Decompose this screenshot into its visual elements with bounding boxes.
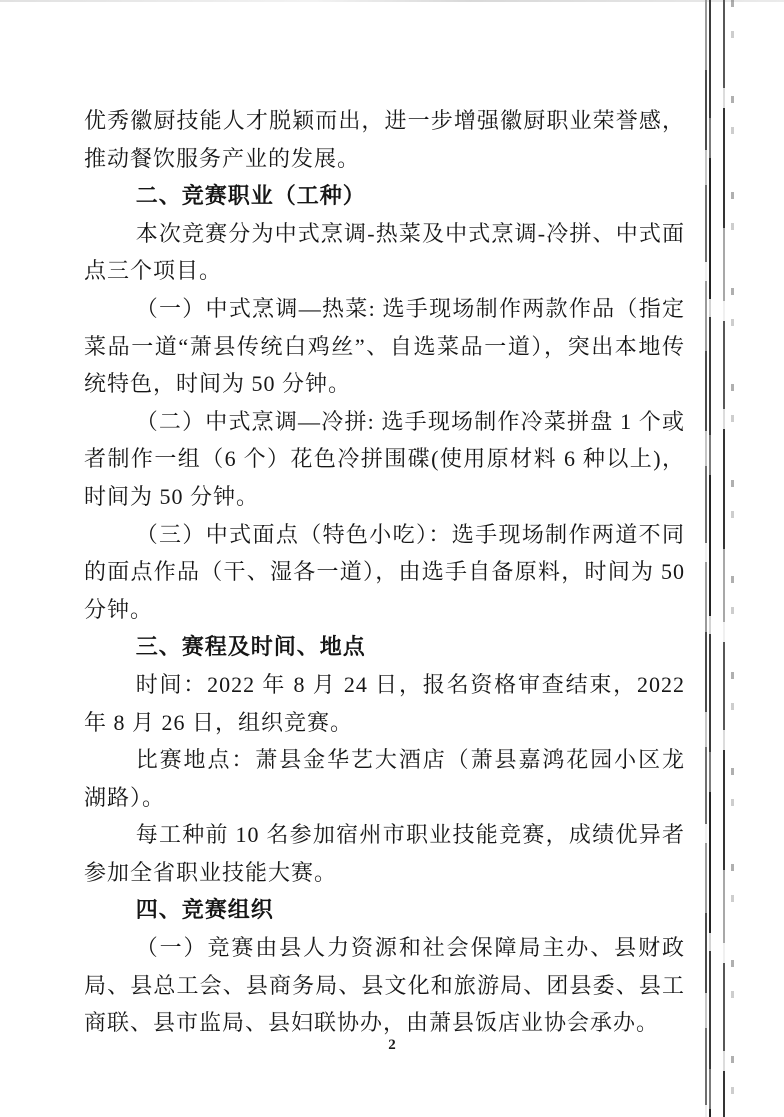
paragraph: 每工种前 10 名参加宿州市职业技能竞赛，成绩优异者参加全省职业技能大赛。	[84, 816, 685, 891]
section-heading: 四、竞赛组织	[84, 891, 685, 929]
paragraph: 时间：2022 年 8 月 24 日，报名资格审查结束，2022 年 8 月 2…	[84, 666, 685, 741]
scan-artifact-dots	[731, 0, 734, 1117]
scan-artifact-line-2	[709, 0, 711, 1117]
section-heading: 三、赛程及时间、地点	[84, 628, 685, 666]
document-body: 优秀徽厨技能人才脱颖而出，进一步增强徽厨职业荣誉感，推动餐饮服务产业的发展。二、…	[84, 102, 685, 1042]
page-number: 2	[0, 1037, 784, 1054]
document-page: 优秀徽厨技能人才脱颖而出，进一步增强徽厨职业荣誉感，推动餐饮服务产业的发展。二、…	[0, 0, 784, 1117]
section-heading: 二、竞赛职业（工种）	[84, 177, 685, 215]
paragraph: （二）中式烹调—冷拼: 选手现场制作冷菜拼盘 1 个或者制作一组（6 个）花色冷…	[84, 403, 685, 516]
scan-artifact-line-3	[723, 0, 725, 1117]
paragraph: （一）中式烹调—热菜: 选手现场制作两款作品（指定菜品一道“萧县传统白鸡丝”、自…	[84, 290, 685, 403]
scan-artifact-line-1	[705, 0, 707, 1117]
paragraph: 比赛地点：萧县金华艺大酒店（萧县嘉鸿花园小区龙湖路）。	[84, 741, 685, 816]
paragraph: （三）中式面点（特色小吃）：选手现场制作两道不同的面点作品（干、湿各一道），由选…	[84, 516, 685, 629]
paragraph: 优秀徽厨技能人才脱颖而出，进一步增强徽厨职业荣誉感，推动餐饮服务产业的发展。	[84, 102, 685, 177]
scan-artifact-top-edge	[0, 0, 784, 2]
paragraph: 本次竞赛分为中式烹调-热菜及中式烹调-冷拼、中式面点三个项目。	[84, 215, 685, 290]
paragraph: （一）竞赛由县人力资源和社会保障局主办、县财政局、县总工会、县商务局、县文化和旅…	[84, 929, 685, 1042]
